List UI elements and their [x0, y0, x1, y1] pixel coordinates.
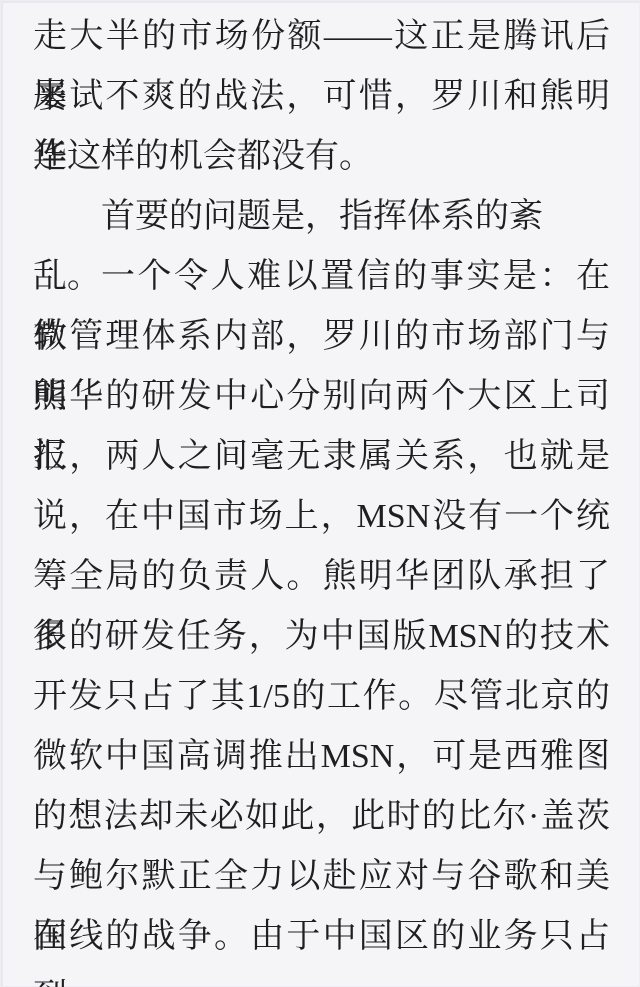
page-text: 走大半的市场份额——这正是腾讯后来 屡试不爽的战法，可惜，罗川和熊明华 连这样的…: [33, 7, 610, 967]
text-line: 软管理体系内部，罗川的市场部门与熊: [33, 307, 610, 367]
text-line: 微软中国高调推出MSN，可是西雅图: [33, 727, 610, 787]
text-line: 一个令人难以置信的事实是：在微: [33, 247, 610, 307]
text-line: 明华的研发中心分别向两个大区上司汇: [33, 367, 610, 427]
text-line: 筹全局的负责人。熊明华团队承担了很: [33, 547, 610, 607]
text-line: 报，两人之间毫无隶属关系，也就是: [33, 427, 610, 487]
text-line: 首要的问题是，指挥体系的紊乱。: [33, 187, 610, 247]
text-line: 多的研发任务，为中国版MSN的技术: [33, 607, 610, 667]
text-line: 的想法却未必如此，此时的比尔·盖茨: [33, 787, 610, 847]
text-line: 走大半的市场份额——这正是腾讯后来: [33, 7, 610, 67]
ebook-page[interactable]: 走大半的市场份额——这正是腾讯后来 屡试不爽的战法，可惜，罗川和熊明华 连这样的…: [0, 0, 640, 987]
text-line: 连这样的机会都没有。: [33, 127, 610, 187]
text-line: 说，在中国市场上，MSN没有一个统: [33, 487, 610, 547]
text-line: 与鲍尔默正全力以赴应对与谷歌和美国: [33, 847, 610, 907]
text-line: 开发只占了其1/5的工作。尽管北京的: [33, 667, 610, 727]
text-line: 在线的战争。由于中国区的业务只占到: [33, 907, 610, 967]
text-line: 屡试不爽的战法，可惜，罗川和熊明华: [33, 67, 610, 127]
